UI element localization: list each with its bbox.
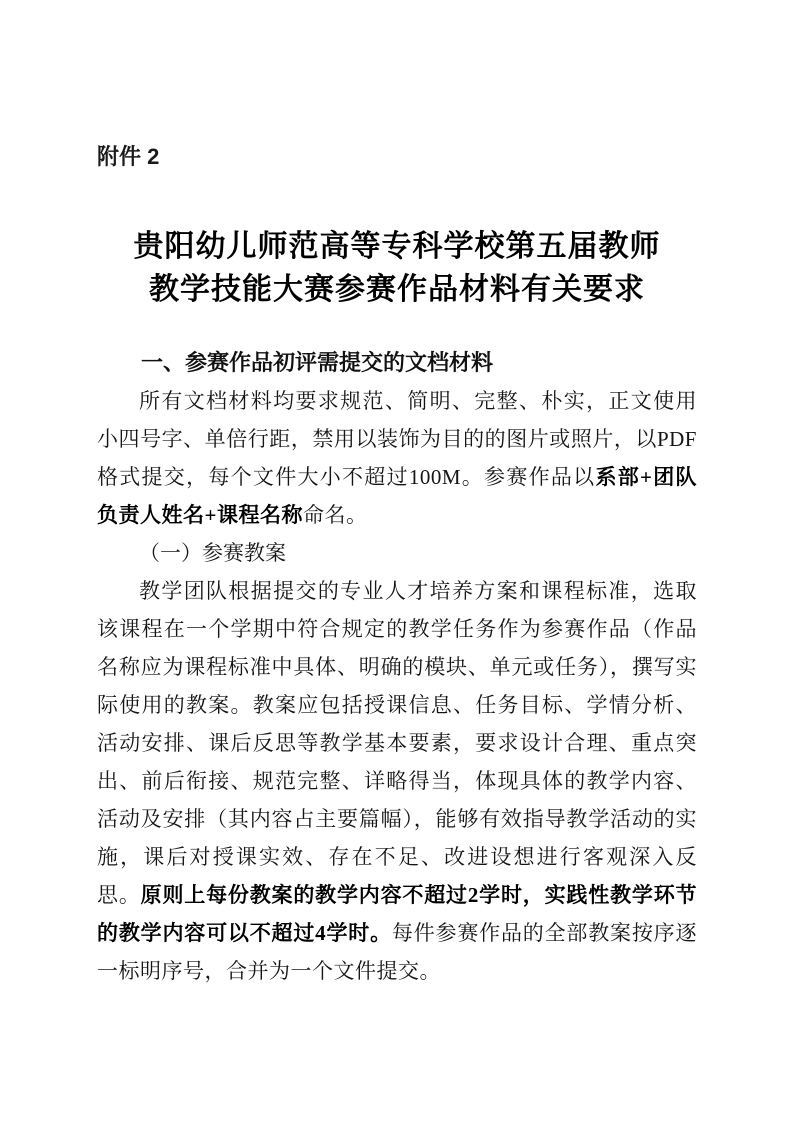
paragraph-1: 所有文档材料均要求规范、简明、完整、朴实，正文使用小四号字、单倍行距，禁用以装饰… bbox=[97, 382, 697, 534]
paragraph-2: 教学团队根据提交的专业人才培养方案和课程标准，选取该课程在一个学期中符合规定的教… bbox=[97, 572, 697, 990]
paragraph-1-text-end: 命名。 bbox=[303, 503, 368, 527]
attachment-label: 附件 2 bbox=[97, 143, 697, 171]
document-title-line-1: 贵阳幼儿师范高等专科学校第五届教师 bbox=[97, 225, 697, 268]
document-page: 附件 2 贵阳幼儿师范高等专科学校第五届教师 教学技能大赛参赛作品材料有关要求 … bbox=[0, 0, 793, 1122]
document-title-line-2: 教学技能大赛参赛作品材料有关要求 bbox=[97, 268, 697, 311]
paragraph-2-text: 教学团队根据提交的专业人才培养方案和课程标准，选取该课程在一个学期中符合规定的教… bbox=[97, 579, 697, 907]
section-heading-1: 一、参赛作品初评需提交的文档材料 bbox=[97, 344, 697, 382]
document-title: 贵阳幼儿师范高等专科学校第五届教师 教学技能大赛参赛作品材料有关要求 bbox=[97, 225, 697, 311]
sub-heading-1: （一）参赛教案 bbox=[97, 534, 697, 572]
